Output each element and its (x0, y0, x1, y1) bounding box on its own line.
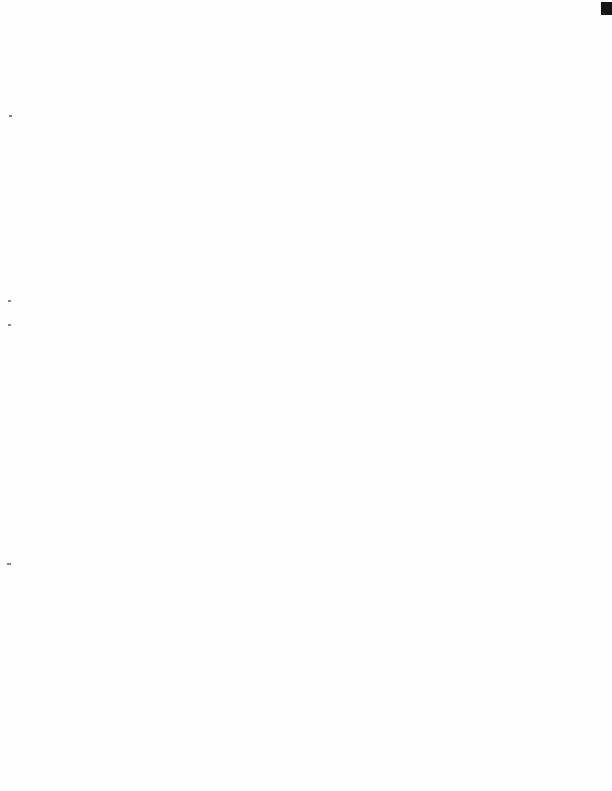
margin-mark (7, 563, 10, 565)
document-page (0, 0, 612, 791)
margin-mark (8, 300, 11, 302)
margin-mark (8, 324, 11, 326)
margin-mark (9, 115, 12, 117)
corner-scan-mark (601, 2, 612, 15)
